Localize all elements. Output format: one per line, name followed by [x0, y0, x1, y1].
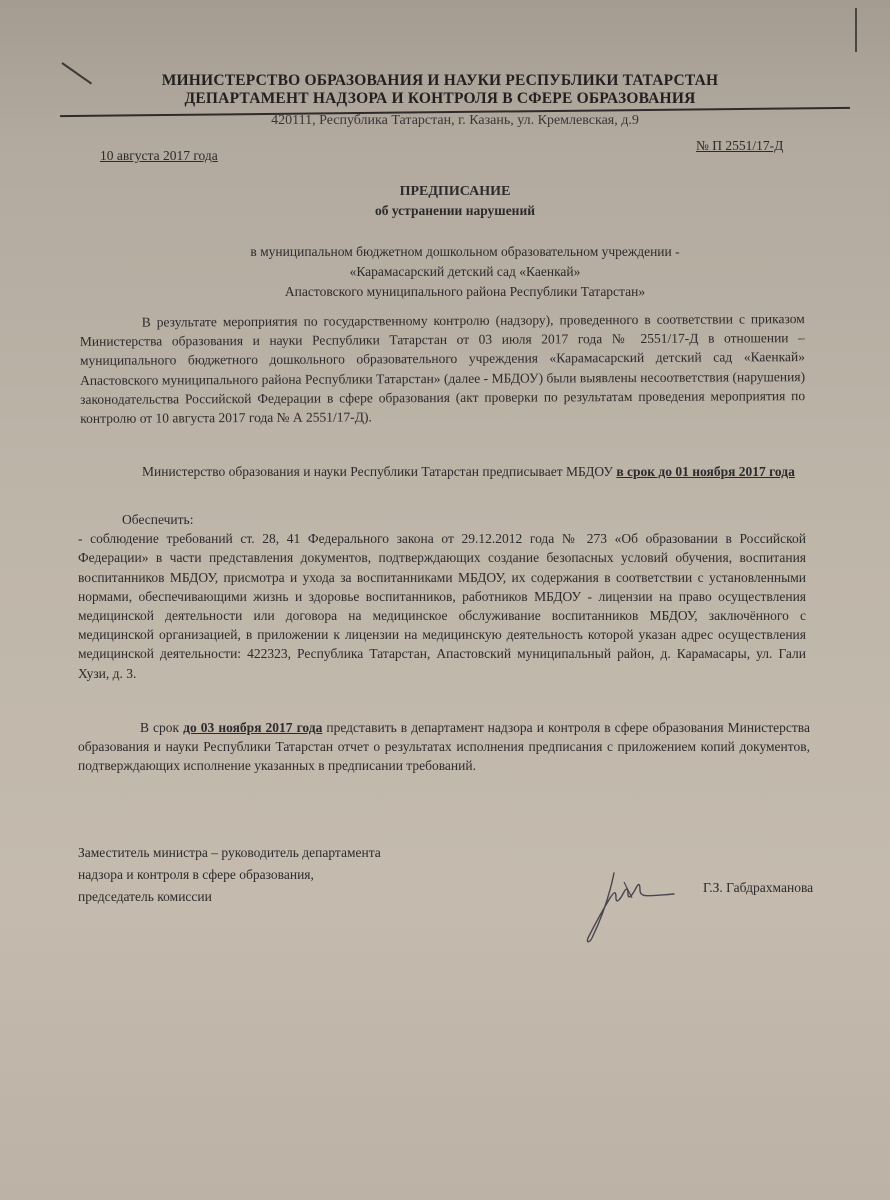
- letterhead: МИНИСТЕРСТВО ОБРАЗОВАНИЯ И НАУКИ РЕСПУБЛ…: [130, 72, 750, 108]
- document-title: ПРЕДПИСАНИЕ: [260, 184, 650, 200]
- scanned-document-page: МИНИСТЕРСТВО ОБРАЗОВАНИЯ И НАУКИ РЕСПУБЛ…: [0, 0, 890, 1200]
- document-date: 10 августа 2017 года: [100, 148, 218, 164]
- pen-stroke-mark: [61, 62, 92, 84]
- paragraph-report-deadline: В срок до 03 ноября 2017 года представит…: [78, 718, 810, 776]
- deadline-text: в срок до 01 ноября 2017 года: [616, 464, 795, 479]
- department-name: ДЕПАРТАМЕНТ НАДЗОРА И КОНТРОЛЯ В СФЕРЕ О…: [130, 90, 750, 108]
- signatory-position: Заместитель министра – руководитель депа…: [78, 842, 381, 908]
- document-number: № П 2551/17-Д: [696, 138, 783, 154]
- ministry-address: 420111, Республика Татарстан, г. Казань,…: [215, 113, 695, 129]
- position-line-3: председатель комиссии: [78, 886, 381, 908]
- organization-line-2: «Карамасарский детский сад «Каенкай»: [150, 262, 780, 282]
- requirements-text: - соблюдение требований ст. 28, 41 Федер…: [78, 531, 806, 680]
- report-deadline-text: до 03 ноября 2017 года: [183, 720, 322, 735]
- paragraph-text: Министерство образования и науки Республ…: [142, 464, 616, 479]
- paragraph-requirements: Обеспечить: - соблюдение требований ст. …: [78, 510, 806, 683]
- ministry-name: МИНИСТЕРСТВО ОБРАЗОВАНИЯ И НАУКИ РЕСПУБЛ…: [130, 72, 750, 90]
- document-subtitle: об устранении нарушений: [260, 203, 650, 219]
- handwritten-signature-icon: [570, 868, 680, 948]
- paragraph-text: В срок: [140, 720, 183, 735]
- organization-line-3: Апастовского муниципального района Респу…: [150, 282, 780, 302]
- position-line-2: надзора и контроля в сфере образования,: [78, 864, 381, 886]
- organization-name-block: в муниципальном бюджетном дошкольном обр…: [150, 242, 780, 302]
- position-line-1: Заместитель министра – руководитель депа…: [78, 842, 381, 864]
- paper-edge-mark: [855, 8, 857, 52]
- signatory-name: Г.З. Габдрахманова: [703, 880, 813, 896]
- paragraph-prescription: Министерство образования и науки Республ…: [80, 462, 808, 481]
- requirements-lead: Обеспечить:: [78, 510, 806, 529]
- paragraph-text: В результате мероприятия по государствен…: [80, 311, 805, 426]
- paragraph-inspection-result: В результате мероприятия по государствен…: [80, 309, 806, 428]
- organization-line-1: в муниципальном бюджетном дошкольном обр…: [150, 242, 780, 262]
